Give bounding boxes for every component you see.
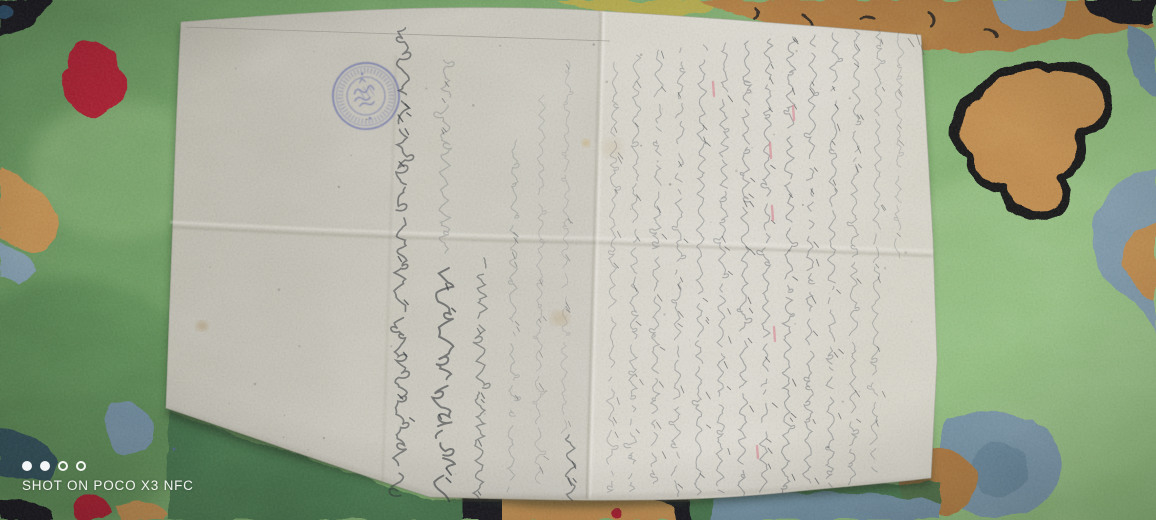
watermark-dot-empty <box>76 461 86 471</box>
watermark-dot-empty <box>58 461 68 471</box>
scene-canvas <box>0 0 1156 520</box>
watermark-dot-filled <box>40 461 50 471</box>
photo-document-on-carpet: SHOT ON POCO X3 NFC <box>0 0 1156 520</box>
photo-vignette <box>0 0 1156 520</box>
camera-watermark: SHOT ON POCO X3 NFC <box>22 460 194 493</box>
watermark-brand-text: SHOT ON POCO X3 NFC <box>22 478 194 493</box>
watermark-dot-filled <box>22 461 32 471</box>
watermark-dots <box>22 460 194 472</box>
